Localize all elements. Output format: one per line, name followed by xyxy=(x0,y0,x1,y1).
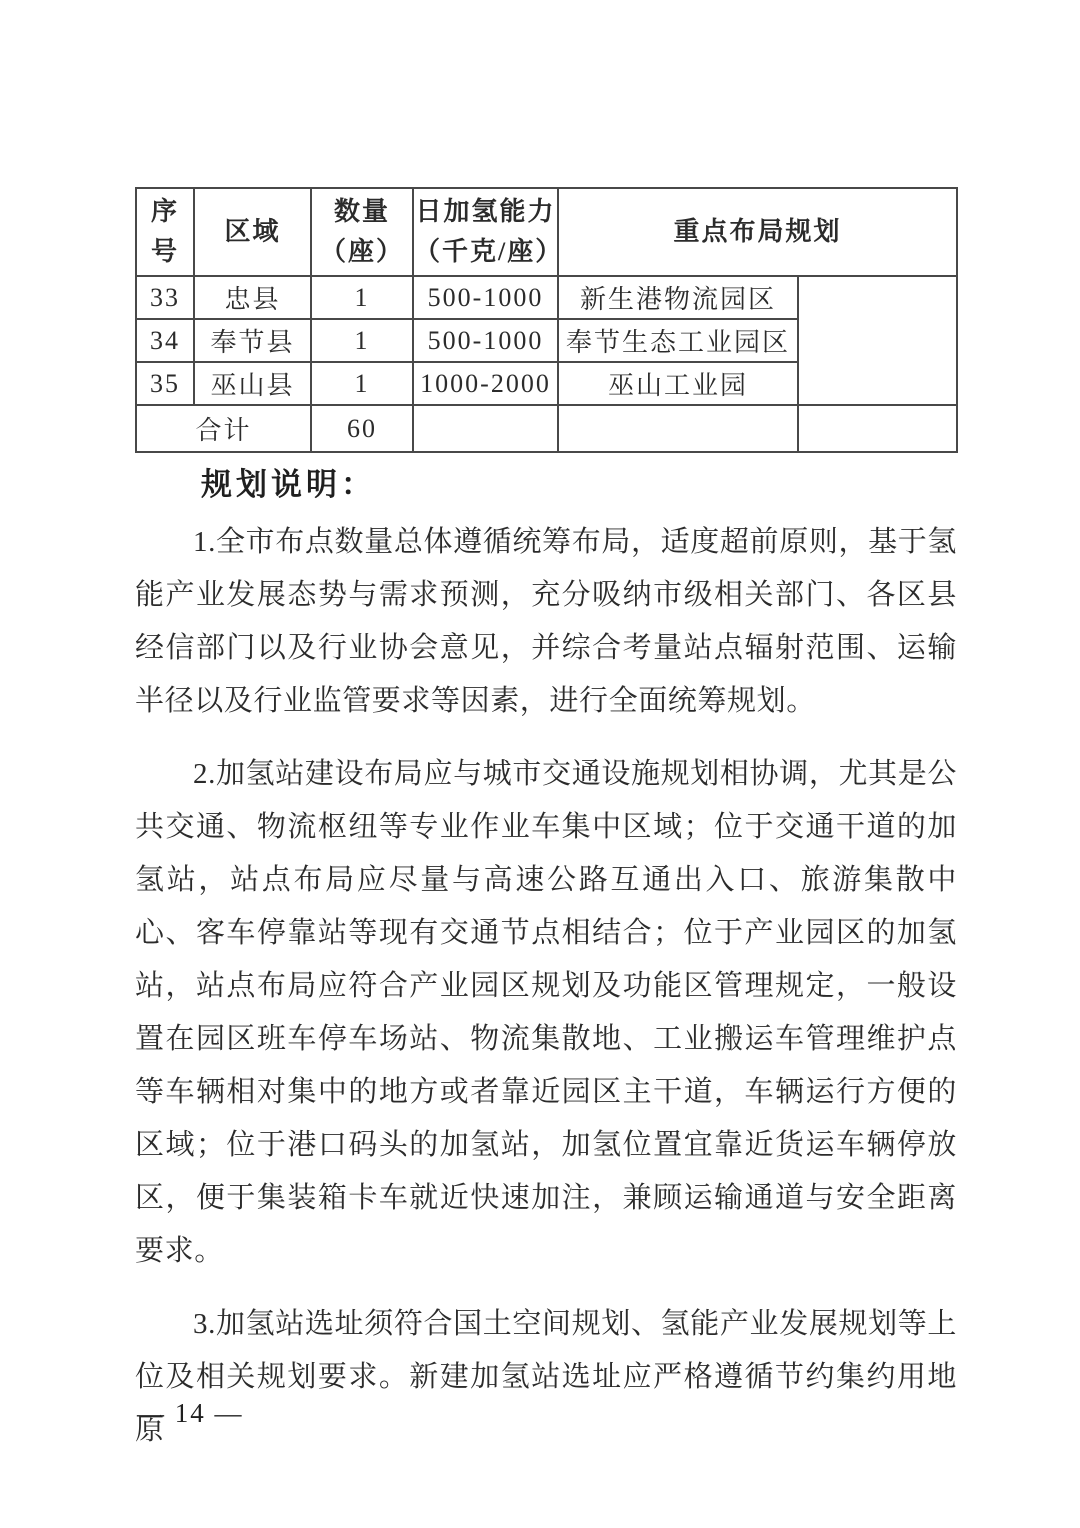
cell-count: 1 xyxy=(311,362,413,405)
hydrogen-station-plan-table: 序 号 区域 数量 （座） 日加氢能力 （千克/座） 重点布局规划 33 忠县 … xyxy=(135,187,958,453)
cell-capacity: 500-1000 xyxy=(413,276,558,319)
paragraph-2: 2.加氢站建设布局应与城市交通设施规划相协调，尤其是公共交通、物流枢纽等专业作业… xyxy=(135,748,957,1278)
cell-plan: 奉节生态工业园区 xyxy=(558,319,798,362)
page-number: — 14 — xyxy=(137,1398,244,1429)
cell-seq: 35 xyxy=(136,362,194,405)
header-region: 区域 xyxy=(194,188,311,276)
total-label: 合计 xyxy=(136,405,311,452)
body-text-block: 1.全市布点数量总体遵循统筹布局，适度超前原则，基于氢能产业发展态势与需求预测，… xyxy=(135,516,957,1457)
document-page: 序 号 区域 数量 （座） 日加氢能力 （千克/座） 重点布局规划 33 忠县 … xyxy=(0,0,1080,1528)
cell-capacity: 500-1000 xyxy=(413,319,558,362)
cell-count: 1 xyxy=(311,276,413,319)
cell-seq: 33 xyxy=(136,276,194,319)
section-heading: 规划说明： xyxy=(201,459,376,504)
table-row: 33 忠县 1 500-1000 新生港物流园区 xyxy=(136,276,957,319)
cell-plan: 新生港物流园区 xyxy=(558,276,798,319)
header-count: 数量 （座） xyxy=(311,188,413,276)
cell-count: 1 xyxy=(311,319,413,362)
cell-plan: 巫山工业园 xyxy=(558,362,798,405)
cell-capacity: 1000-2000 xyxy=(413,362,558,405)
cell-seq: 34 xyxy=(136,319,194,362)
table-total-row: 合计 60 xyxy=(136,405,957,452)
header-seq: 序 号 xyxy=(136,188,194,276)
table-header-row: 序 号 区域 数量 （座） 日加氢能力 （千克/座） 重点布局规划 xyxy=(136,188,957,276)
header-plan: 重点布局规划 xyxy=(558,188,957,276)
total-plan-empty xyxy=(558,405,798,452)
paragraph-1: 1.全市布点数量总体遵循统筹布局，适度超前原则，基于氢能产业发展态势与需求预测，… xyxy=(135,516,957,728)
header-capacity: 日加氢能力 （千克/座） xyxy=(413,188,558,276)
cell-region: 巫山县 xyxy=(194,362,311,405)
paragraph-3: 3.加氢站选址须符合国土空间规划、氢能产业发展规划等上位及相关规划要求。新建加氢… xyxy=(135,1298,957,1457)
total-count: 60 xyxy=(311,405,413,452)
cell-region: 奉节县 xyxy=(194,319,311,362)
total-capacity-empty xyxy=(413,405,558,452)
cell-region: 忠县 xyxy=(194,276,311,319)
total-plan-extra-empty xyxy=(798,405,957,452)
cell-plan-extra-empty xyxy=(798,276,957,405)
